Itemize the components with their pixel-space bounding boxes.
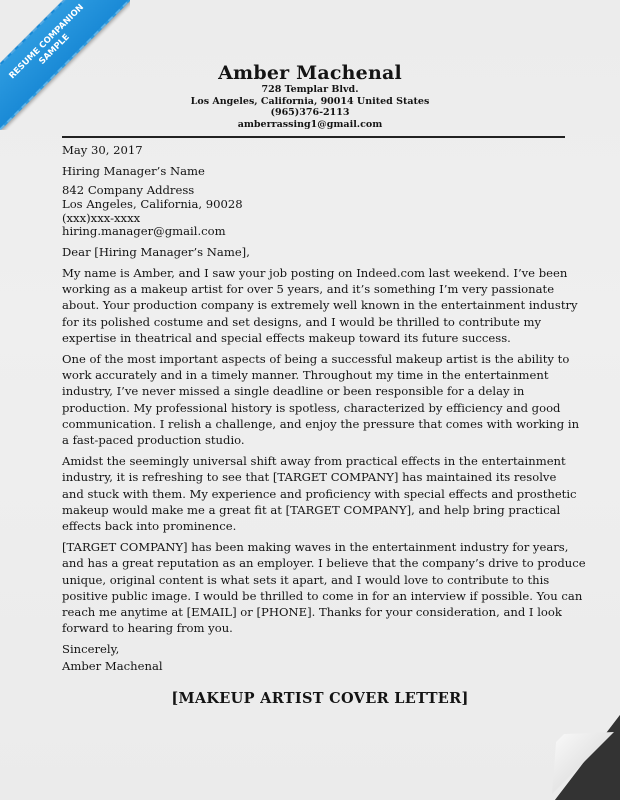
salutation: Dear [Hiring Manager’s Name], [62,244,567,260]
paragraph-line: positive public image. I would be thrill… [62,588,567,604]
paragraph-line: and has a great reputation as an employe… [62,555,567,571]
paragraph-line: makeup would make me a great fit at [TAR… [62,502,567,518]
letter-body: May 30, 2017 Hiring Manager’s Name 842 C… [62,142,567,674]
sender-name: Amber Machenal [0,62,620,84]
paragraph-line: and stuck with them. My experience and p… [62,486,567,502]
header-divider [62,136,565,138]
paragraph-line: My name is Amber, and I saw your job pos… [62,265,567,281]
paragraph: My name is Amber, and I saw your job pos… [62,265,567,346]
sender-city: Los Angeles, California, 90014 United St… [0,96,620,108]
paragraph-line: effects back into prominence. [62,518,567,534]
recipient-email: hiring.manager@gmail.com [62,225,567,239]
recipient-city: Los Angeles, California, 90028 [62,198,567,212]
paragraph-line: One of the most important aspects of bei… [62,351,567,367]
paragraph-line: Amidst the seemingly universal shift awa… [62,453,567,469]
paragraph-line: work accurately and in a timely manner. … [62,367,567,383]
paragraph-line: reach me anytime at [EMAIL] or [PHONE]. … [62,604,567,620]
paragraph-line: industry, it is refreshing to see that [… [62,469,567,485]
sender-email: amberrassing1@gmail.com [0,119,620,131]
recipient-phone: (xxx)xxx-xxxx [62,212,567,226]
signature: Amber Machenal [62,658,567,674]
sender-phone: (965)376-2113 [0,107,620,119]
paragraph-line: communication. I relish a challenge, and… [62,416,567,432]
recipient-address: 842 Company Address [62,184,567,198]
paragraph-line: expertise in theatrical and special effe… [62,330,567,346]
closing: Sincerely, [62,641,567,657]
sender-street: 728 Templar Blvd. [0,84,620,96]
paragraph-line: a fast-paced production studio. [62,432,567,448]
paragraph-line: about. Your production company is extrem… [62,297,567,313]
paragraph-line: working as a makeup artist for over 5 ye… [62,281,567,297]
document-title: [MAKEUP ARTIST COVER LETTER] [0,690,620,707]
letter-paragraphs: My name is Amber, and I saw your job pos… [62,265,567,641]
paragraph-line: for its polished costume and set designs… [62,314,567,330]
recipient-address-block: 842 Company Address Los Angeles, Califor… [62,184,567,238]
paragraph-line: unique, original content is what sets it… [62,572,567,588]
paragraph: One of the most important aspects of bei… [62,351,567,448]
paragraph: Amidst the seemingly universal shift awa… [62,453,567,534]
paragraph-line: [TARGET COMPANY] has been making waves i… [62,539,567,555]
recipient-name: Hiring Manager’s Name [62,163,567,179]
paragraph-line: production. My professional history is s… [62,400,567,416]
paragraph: [TARGET COMPANY] has been making waves i… [62,539,567,636]
letter-date: May 30, 2017 [62,142,567,158]
paragraph-line: forward to hearing from you. [62,620,567,636]
letter-header: Amber Machenal 728 Templar Blvd. Los Ang… [0,62,620,130]
paragraph-line: industry, I’ve never missed a single dea… [62,383,567,399]
